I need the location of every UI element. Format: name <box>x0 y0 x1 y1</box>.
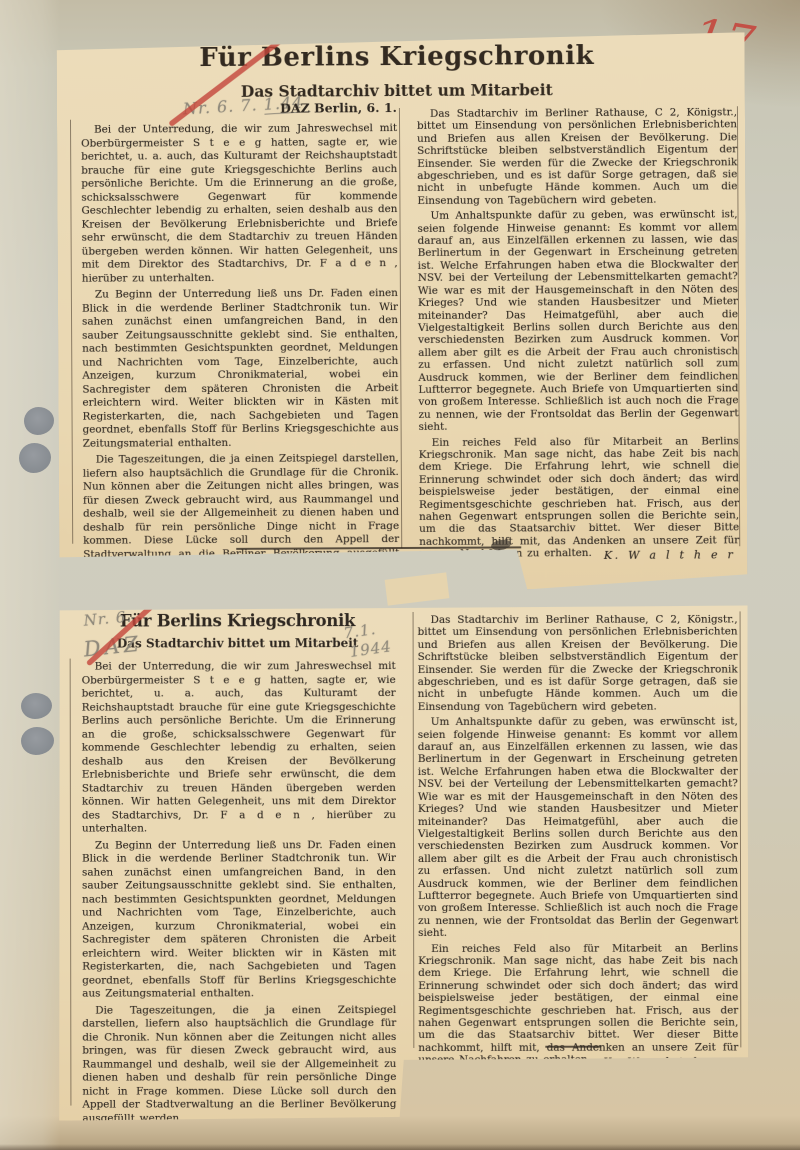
paragraph: Zu Beginn der Unterredung ließ uns Dr. F… <box>82 287 399 451</box>
column-rule-left <box>70 659 72 1106</box>
article-title: Für Berlins Kriegschronik <box>167 41 627 73</box>
archive-page: 17 Für Berlins Kriegschronik Das Stadtar… <box>0 0 800 1150</box>
paragraph: Das Stadtarchiv im Berliner Rathause, C … <box>417 106 738 207</box>
punch-hole <box>24 407 54 435</box>
article-dateline: DAZ Berlin, 6. 1. <box>81 100 397 117</box>
column-divider <box>399 108 403 548</box>
newspaper-clipping-bottom: Für Berlins Kriegschronik Das Stadtarchi… <box>56 601 749 1120</box>
page-left-margin <box>0 0 60 1150</box>
column-rule-left <box>70 120 74 544</box>
paragraph: Zu Beginn der Unterredung ließ uns Dr. F… <box>82 839 396 1002</box>
punch-hole <box>21 693 52 719</box>
article-column-right: Das Stadtarchiv im Berliner Rathause, C … <box>418 613 739 1069</box>
punch-hole <box>19 443 51 473</box>
handwritten-source-abbreviation: DAZ <box>83 631 144 661</box>
article-column-left: Bei der Unterredung, die wir zum Jahresw… <box>82 660 397 1129</box>
paragraph: Bei der Unterredung, die wir zum Jahresw… <box>81 122 398 286</box>
paragraph: Die Tageszeitungen, die ja einen Zeitspi… <box>83 452 400 575</box>
paragraph: Die Tageszeitungen, die ja einen Zeitspi… <box>82 1004 396 1126</box>
paragraph: Um Anhaltspunkte dafür zu geben, was erw… <box>418 716 738 940</box>
column-divider <box>413 612 415 1048</box>
column-rule-right <box>740 611 742 1047</box>
article-column-left: Bei der Unterredung, die wir zum Jahresw… <box>81 122 399 578</box>
paragraph: Bei der Unterredung, die wir zum Jahresw… <box>82 660 396 836</box>
punch-hole <box>21 727 54 755</box>
newspaper-clipping-top: Für Berlins Kriegschronik Das Stadtarchi… <box>57 32 748 592</box>
article-column-right: Das Stadtarchiv im Berliner Rathause, C … <box>417 106 739 563</box>
clipping-edge-fragment <box>385 572 450 605</box>
paragraph: Das Stadtarchiv im Berliner Rathause, C … <box>418 613 738 713</box>
paragraph: Ein reiches Feld also für Mitarbeit an B… <box>418 942 738 1067</box>
page-bottom-edge <box>0 1144 800 1150</box>
paragraph: Um Anhaltspunkte dafür zu geben, was erw… <box>417 208 738 433</box>
paragraph: Ein reiches Feld also für Mitarbeit an B… <box>419 435 740 561</box>
